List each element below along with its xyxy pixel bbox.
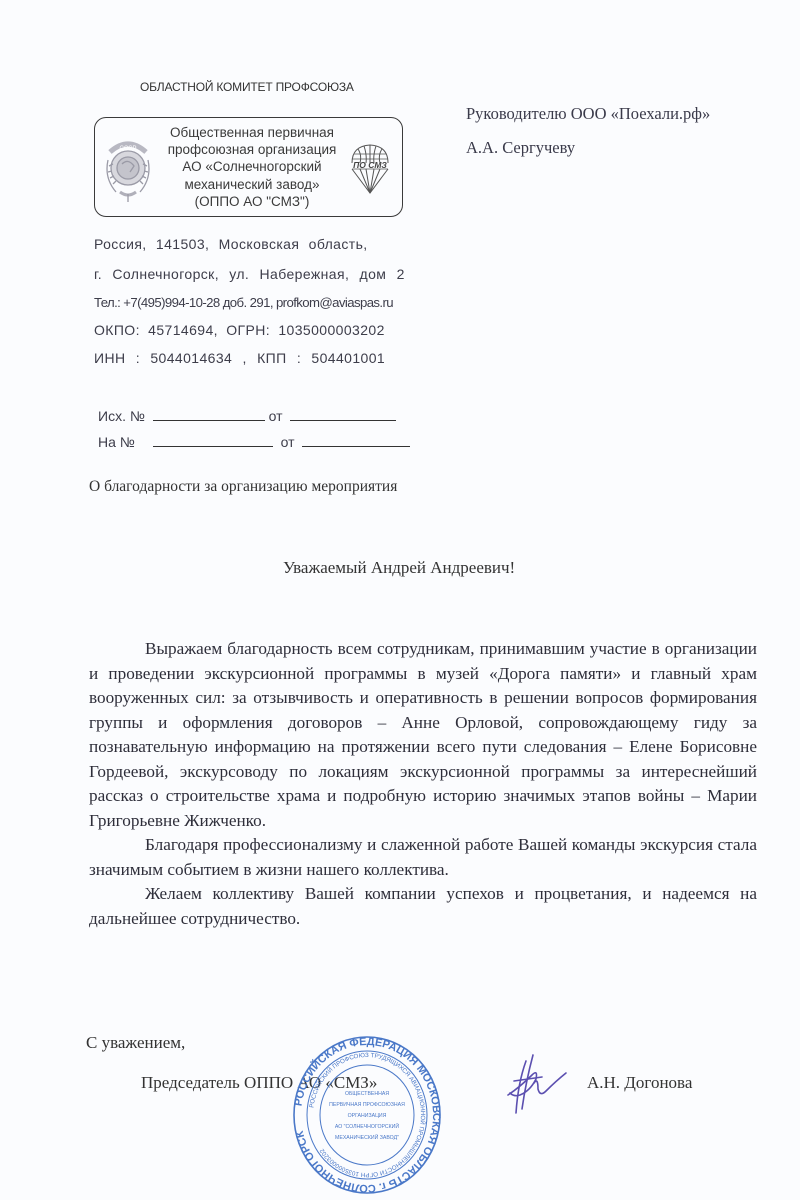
svg-text:МЕХАНИЧЕСКИЙ ЗАВОД": МЕХАНИЧЕСКИЙ ЗАВОД" [335, 1133, 399, 1141]
subject-line: О благодарности за организацию мероприят… [89, 478, 397, 496]
committee-title: ОБЛАСТНОЙ КОМИТЕТ ПРОФСОЮЗА [140, 80, 354, 94]
address-line: Россия, 141503, Московская область, [94, 236, 368, 252]
svg-text:АО "СОЛНЕЧНОГОРСКИЙ: АО "СОЛНЕЧНОГОРСКИЙ [335, 1122, 400, 1130]
org-line: (ОППО АО "СМЗ") [160, 193, 344, 210]
svg-text:ПЕРВИЧНАЯ ПРОФСОЮЗНАЯ: ПЕРВИЧНАЯ ПРОФСОЮЗНАЯ [329, 1102, 405, 1108]
organization-name: Общественная первичная профсоюзная орган… [160, 124, 344, 210]
handwritten-signature [500, 1053, 570, 1123]
body-paragraph: Выражаем благодарность всем сотрудникам,… [89, 637, 757, 833]
registration-line: ОКПО: 45714694, ОГРН: 1035000003202 [94, 322, 385, 338]
recipient-title: Руководителю ООО «Поехали.рф» [466, 104, 710, 124]
tax-id-line: ИНН : 5044014634 , КПП : 504401001 [94, 350, 385, 366]
org-line: профсоюзная организация [160, 141, 344, 158]
parachute-logo-icon: ПО СМЗ [348, 143, 392, 199]
org-line: Общественная первичная [160, 124, 344, 141]
organization-stamp: РОССИЙСКАЯ ФЕДЕРАЦИЯ МОСКОВСКАЯ ОБЛАСТЬ … [292, 1035, 442, 1195]
outgoing-ref-label: Исх. № [98, 408, 145, 424]
address-line: г. Солнечногорск, ул. Набережная, дом 2 [94, 266, 405, 282]
outgoing-date-blank [290, 406, 396, 421]
ussr-emblem-icon: СССР [100, 130, 156, 206]
org-line: механический завод» [160, 176, 344, 193]
incoming-ref-row: На № от [98, 432, 410, 450]
contact-line: Тел.: +7(495)994-10-28 доб. 291, profkom… [94, 295, 393, 310]
from-label: от [281, 434, 295, 450]
signer-name: А.Н. Догонова [587, 1073, 692, 1093]
outgoing-number-blank [153, 406, 265, 421]
svg-text:СССР: СССР [119, 146, 136, 152]
org-line: АО «Солнечногорский [160, 158, 344, 175]
from-label: от [269, 408, 283, 424]
svg-text:ПО СМЗ: ПО СМЗ [353, 160, 387, 170]
incoming-number-blank [153, 432, 273, 447]
body-paragraph: Благодаря профессионализму и слаженной р… [89, 833, 757, 882]
body-paragraph: Желаем коллективу Вашей компании успехов… [89, 882, 757, 931]
incoming-ref-label: На № [98, 434, 135, 450]
incoming-date-blank [302, 432, 410, 447]
greeting: Уважаемый Андрей Андреевич! [283, 558, 515, 578]
svg-text:ОБЩЕСТВЕННАЯ: ОБЩЕСТВЕННАЯ [345, 1091, 389, 1097]
closing-phrase: С уважением, [86, 1033, 185, 1053]
letter-body: Выражаем благодарность всем сотрудникам,… [89, 637, 757, 931]
recipient-name: А.А. Сергучеву [466, 138, 575, 158]
outgoing-ref-row: Исх. № от [98, 406, 396, 424]
svg-text:ОРГАНИЗАЦИЯ: ОРГАНИЗАЦИЯ [348, 1113, 387, 1119]
